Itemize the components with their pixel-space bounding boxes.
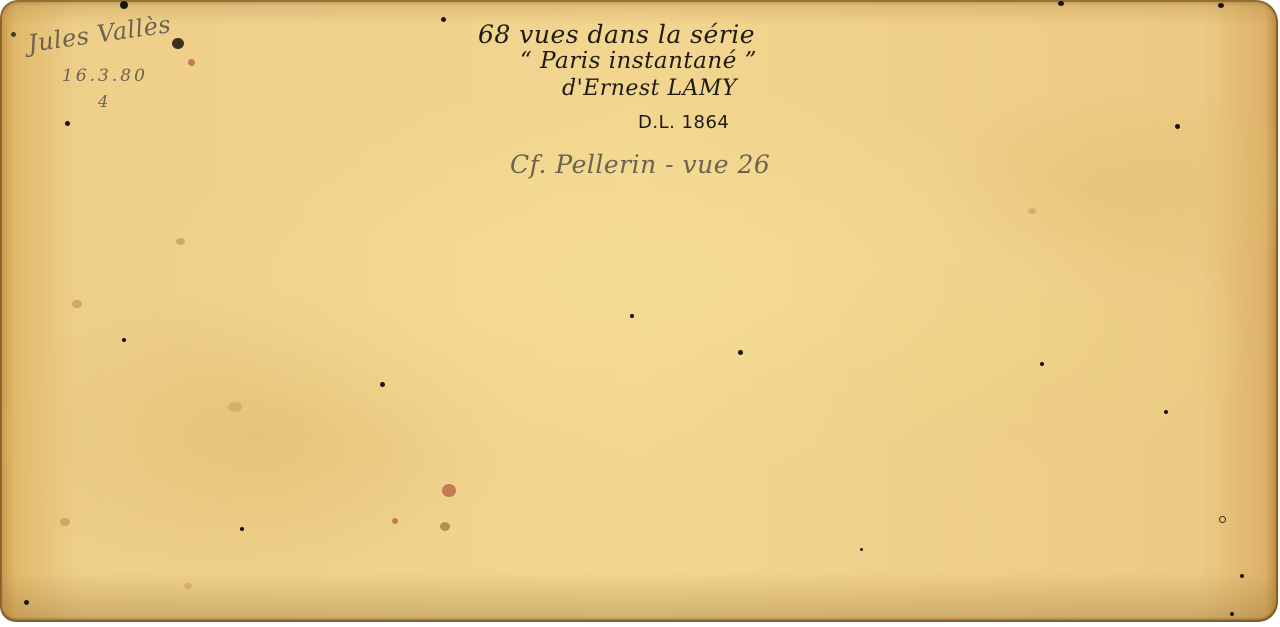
annotation-series-title: “ Paris instantané ” (520, 48, 757, 74)
spot (172, 38, 184, 49)
spot (738, 350, 743, 355)
spot (24, 600, 29, 605)
spot (176, 238, 185, 245)
spot (442, 484, 456, 497)
spot (228, 402, 242, 412)
spot (240, 527, 244, 531)
annotation-date: 16.3.80 (62, 66, 148, 86)
spot (630, 314, 634, 318)
spot (860, 548, 863, 551)
spot (1218, 3, 1224, 8)
annotation-name: Jules Vallès (26, 10, 173, 58)
spot (122, 338, 126, 342)
spot (1240, 574, 1244, 578)
spot (1175, 124, 1180, 129)
spot (380, 382, 385, 387)
spot (1028, 208, 1036, 214)
spot (120, 1, 128, 9)
annotation-author: d'Ernest LAMY (562, 76, 737, 101)
spot (60, 518, 70, 526)
annotation-series-count: 68 vues dans la série (478, 20, 755, 49)
spot (1219, 516, 1226, 523)
spot (1058, 1, 1064, 6)
spot (440, 522, 450, 531)
annotation-number: 4 (98, 92, 109, 111)
spot (188, 59, 195, 66)
annotation-reference: Cf. Pellerin - vue 26 (510, 150, 770, 179)
spot (184, 583, 192, 589)
spot (65, 121, 70, 126)
spot (392, 518, 398, 524)
spot (441, 17, 446, 22)
annotation-legal-deposit: D.L. 1864 (638, 112, 729, 133)
spot (72, 300, 82, 308)
spot (1230, 612, 1234, 616)
spot (11, 32, 16, 37)
spot (1164, 410, 1168, 414)
spot (1040, 362, 1044, 366)
stereoview-card-back: Jules Vallès 16.3.80 4 68 vues dans la s… (0, 0, 1278, 622)
